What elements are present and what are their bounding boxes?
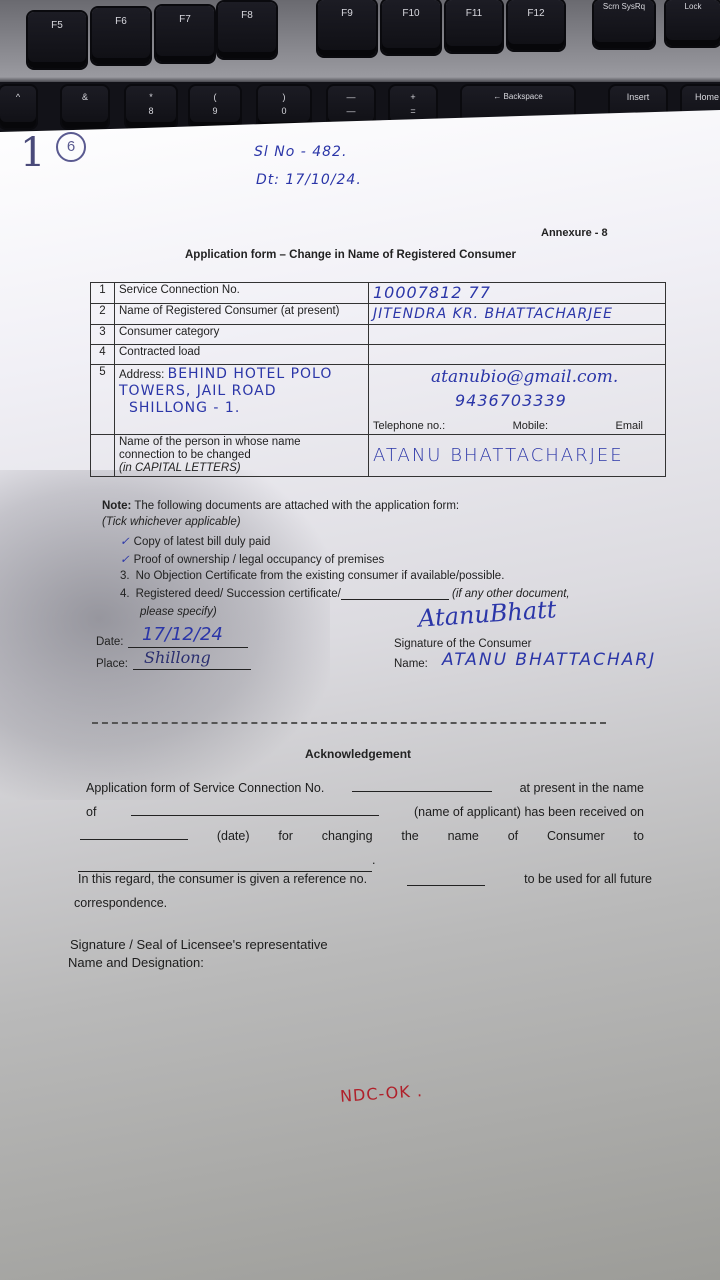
note-prefix: Note: [102, 500, 131, 512]
key-f8: F8 [218, 2, 276, 58]
ack-date-blank[interactable] [80, 824, 188, 840]
key-asterisk: *8 [126, 86, 176, 128]
key-paren-open: (9 [190, 86, 240, 128]
ack-reference-line: In this regard, the consumer is given a … [78, 872, 652, 886]
key-scroll-lock: Lock [666, 0, 720, 46]
page-circle-mark: 6 [56, 132, 86, 162]
key-label: & [82, 92, 88, 102]
key-f5: F5 [28, 12, 86, 68]
ack-text: of [86, 800, 96, 824]
ack-text: In this regard, the consumer is given a … [78, 872, 367, 886]
key-label: + [410, 92, 415, 102]
mobile-label: Mobile: [513, 420, 548, 432]
ack-text: at present in the name [520, 776, 644, 800]
ack-text: changing [322, 824, 373, 848]
contact-labels: Telephone no.: Mobile: Email [373, 420, 643, 432]
key-f6: F6 [92, 8, 150, 64]
note-subtext: (Tick whichever applicable) [102, 516, 241, 528]
table-row: 1 Service Connection No. 10007812 77 [91, 283, 666, 304]
table-row: 4 Contracted load [91, 345, 666, 365]
key-label: ) [283, 92, 286, 102]
registered-consumer-field[interactable]: JITENDRA KR. BHATTACHARJEE [369, 304, 666, 325]
address-line-2: TOWERS, JAIL ROAD [119, 383, 276, 399]
tick-mark-icon: ✓ [120, 536, 130, 548]
licensee-designation-label: Name and Designation: [68, 955, 204, 970]
service-connection-field[interactable]: 10007812 77 [369, 283, 666, 304]
key-ampersand: & [62, 86, 108, 128]
tick-mark-icon: ✓ [120, 554, 130, 566]
key-label: 9 [190, 106, 240, 116]
page-mark: 1 [20, 130, 45, 176]
address-field[interactable]: Address: BEHIND HOTEL POLO TOWERS, JAIL … [115, 365, 369, 435]
key-label: ← Backspace [493, 92, 542, 101]
key-label: * [149, 92, 153, 102]
acknowledgement-title: Acknowledgement [305, 747, 411, 761]
ack-text: name [448, 824, 479, 848]
ack-text: (name of applicant) has been received on [414, 800, 644, 824]
place-label: Place: [96, 658, 128, 670]
row-label: Contracted load [115, 345, 369, 365]
function-key-row: F5 F6 F7 F8 F9 F10 F11 F12 Scrn SysRq Lo… [0, 0, 720, 80]
ack-line: of (name of applicant) has been received… [86, 800, 644, 824]
ack-line: Application form of Service Connection N… [86, 776, 644, 800]
checklist-item[interactable]: ✓Copy of latest bill duly paid [120, 534, 570, 552]
checklist-item-text: Copy of latest bill duly paid [134, 536, 271, 548]
ack-text: to [634, 824, 644, 848]
ack-text: to be used for all future [524, 872, 652, 886]
key-label: ( [214, 92, 217, 102]
note-text: The following documents are attached wit… [131, 500, 459, 512]
name-label: Name: [394, 658, 428, 670]
checklist-item[interactable]: 3.No Objection Certificate from the exis… [120, 570, 570, 588]
date-label: Date: [96, 636, 124, 648]
new-name-field[interactable]: ATANU BHATTACHARJEE [369, 435, 666, 477]
key-f11: F11 [446, 0, 502, 52]
contact-field[interactable]: atanubio@gmail.com. 9436703339 Telephone… [369, 365, 666, 435]
email-value: atanubio@gmail.com. [431, 367, 618, 387]
row-number: 4 [91, 345, 115, 365]
new-name-label-line: (in CAPITAL LETTERS) [119, 462, 241, 474]
checklist-item[interactable]: ✓Proof of ownership / legal occupancy of… [120, 552, 570, 570]
consumer-category-field[interactable] [369, 325, 666, 345]
key-f9: F9 [318, 0, 376, 56]
ack-name-blank[interactable] [131, 800, 379, 816]
table-row: 2 Name of Registered Consumer (at presen… [91, 304, 666, 325]
key-label: Insert [627, 92, 650, 102]
registered-consumer-value: JITENDRA KR. BHATTACHARJEE [373, 306, 613, 322]
row-number: 3 [91, 325, 115, 345]
key-label: — [347, 92, 356, 102]
ack-new-name-blank[interactable] [78, 856, 372, 872]
ack-text: Consumer [547, 824, 605, 848]
key-label: — [328, 106, 374, 116]
checklist-item-text: Registered deed/ Succession certificate/ [136, 588, 341, 600]
note-heading: Note: The following documents are attach… [102, 500, 459, 512]
row-label: Consumer category [115, 325, 369, 345]
key-label: Home [695, 92, 719, 102]
address-label: Address: [119, 369, 164, 381]
checklist-item-text: Proof of ownership / legal occupancy of … [134, 554, 385, 566]
new-name-value: ATANU BHATTACHARJEE [373, 445, 624, 466]
key-paren-close: )0 [258, 86, 310, 128]
annexure-label: Annexure - 8 [541, 227, 608, 239]
form-title: Application form – Change in Name of Reg… [185, 249, 516, 261]
row-number: 2 [91, 304, 115, 325]
key-sysrq: Scrn SysRq [594, 0, 654, 48]
address-line-1: BEHIND HOTEL POLO [168, 366, 333, 382]
new-name-label-line: Name of the person in whose name [119, 436, 301, 448]
place-value: Shillong [144, 648, 211, 667]
date-value: 17/12/24 [142, 624, 223, 645]
key-f7: F7 [156, 6, 214, 62]
cut-line-divider [92, 722, 606, 724]
contracted-load-field[interactable] [369, 345, 666, 365]
email-label: Email [615, 420, 643, 432]
row-label: Service Connection No. [115, 283, 369, 304]
serial-number: Sl No - 482. [254, 144, 347, 160]
ack-text: Application form of Service Connection N… [86, 776, 324, 800]
ack-text: the [401, 824, 418, 848]
table-row: Name of the person in whose name connect… [91, 435, 666, 477]
other-document-blank[interactable] [341, 599, 449, 600]
name-value: ATANU BHATTACHARJ [442, 650, 656, 670]
signature-label: Signature of the Consumer [394, 638, 531, 650]
ack-line: . [78, 848, 644, 872]
checklist-item-text: No Objection Certificate from the existi… [136, 570, 505, 582]
telephone-label: Telephone no.: [373, 420, 445, 432]
ack-text: of [508, 824, 518, 848]
ack-text: correspondence. [74, 896, 167, 910]
ack-service-connection-blank[interactable] [352, 776, 492, 792]
row-number [91, 435, 115, 477]
new-name-label: Name of the person in whose name connect… [115, 435, 369, 477]
received-date: Dt: 17/10/24. [256, 172, 362, 188]
row-number: 1 [91, 283, 115, 304]
acknowledgement-body: Application form of Service Connection N… [86, 776, 644, 872]
ack-text: (date) [217, 824, 250, 848]
key-label: 0 [258, 106, 310, 116]
key-label: 8 [126, 106, 176, 116]
ack-text: for [278, 824, 293, 848]
row-label: Name of Registered Consumer (at present) [115, 304, 369, 325]
row-number: 5 [91, 365, 115, 435]
licensee-signature-label: Signature / Seal of Licensee's represent… [70, 937, 328, 952]
mobile-value: 9436703339 [455, 391, 567, 410]
key-f10: F10 [382, 0, 440, 54]
table-row: 3 Consumer category [91, 325, 666, 345]
new-name-label-line: connection to be changed [119, 449, 251, 461]
key-label: = [390, 106, 436, 116]
address-line-3: SHILLONG - 1. [129, 400, 240, 416]
key-caret: ^ [0, 86, 36, 128]
application-table: 1 Service Connection No. 10007812 77 2 N… [90, 282, 666, 477]
ack-reference-blank[interactable] [407, 872, 485, 886]
service-connection-value: 10007812 77 [373, 283, 491, 302]
checklist-item-number: 3. [120, 570, 130, 582]
table-row: 5 Address: BEHIND HOTEL POLO TOWERS, JAI… [91, 365, 666, 435]
ack-line: (date) for changing the name of Consumer… [80, 824, 644, 848]
checklist-item-number: 4. [120, 588, 130, 600]
key-label: ^ [16, 92, 20, 102]
key-f12: F12 [508, 0, 564, 50]
